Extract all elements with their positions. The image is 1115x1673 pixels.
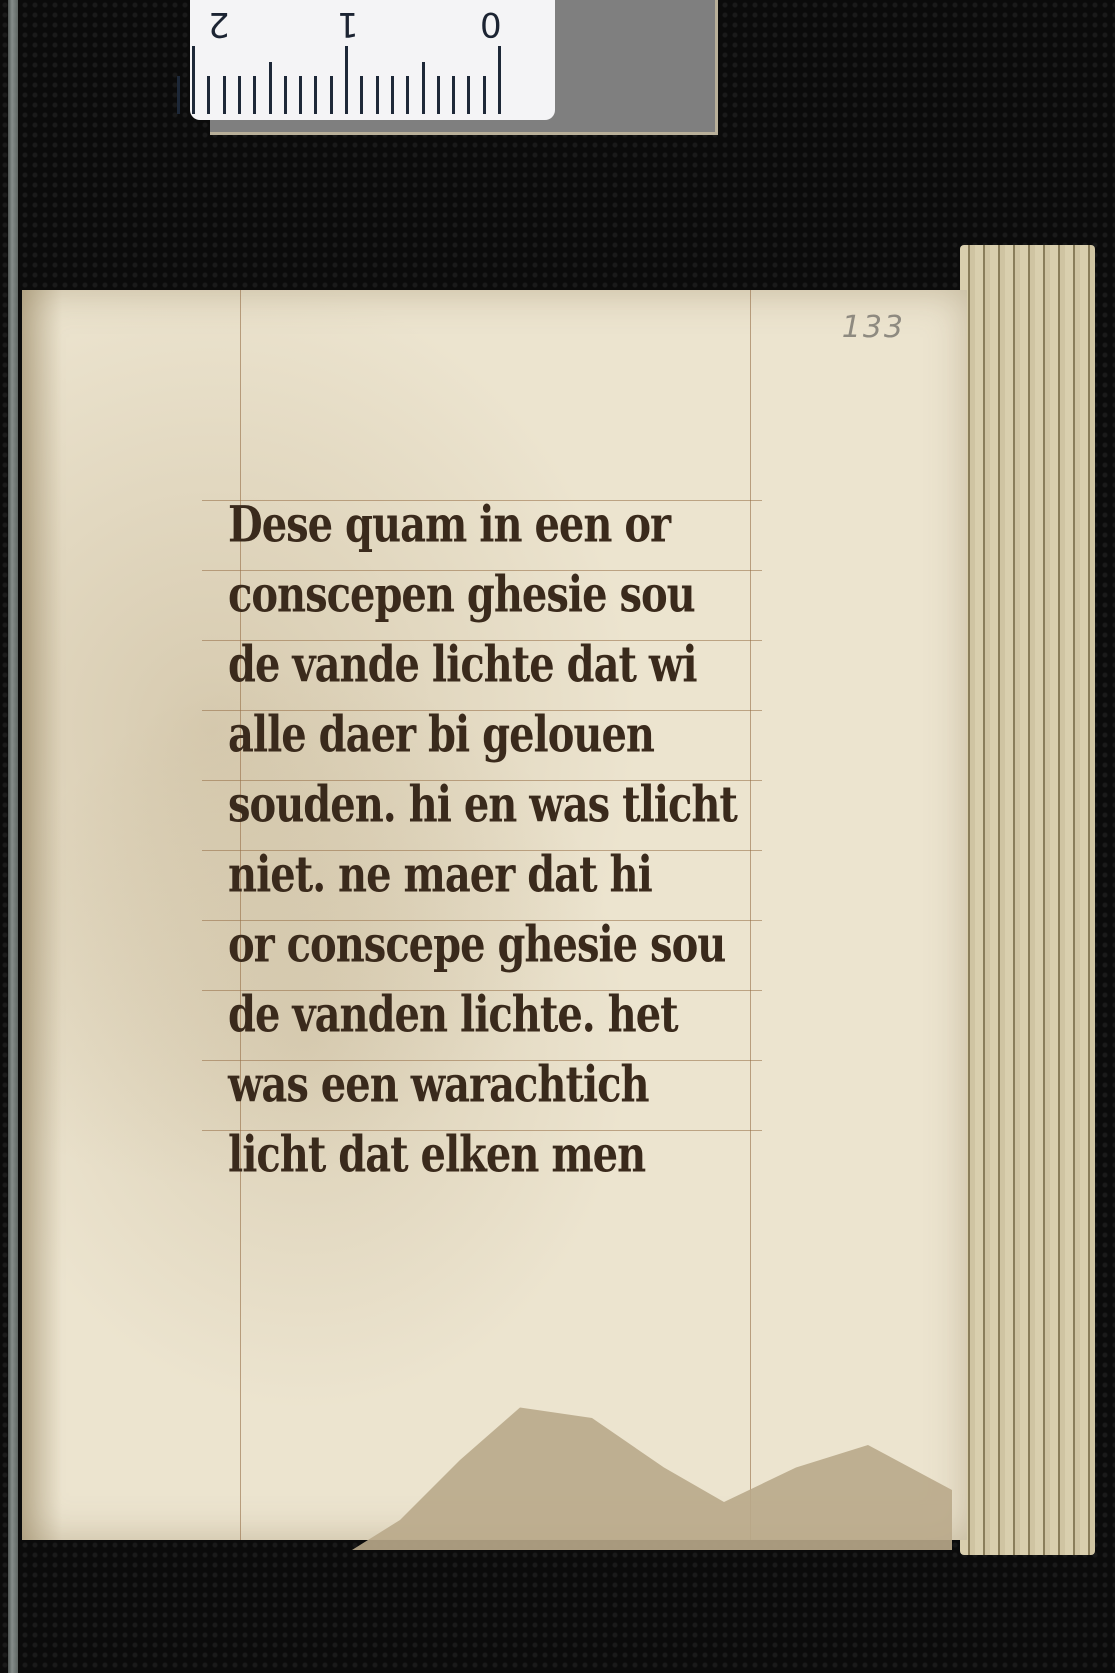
ruler-tick — [467, 76, 470, 114]
ruler-label-2: 2 — [208, 4, 230, 44]
ruler-tick — [422, 62, 425, 114]
ruler-tick — [284, 76, 287, 114]
ruler-tick — [498, 46, 501, 114]
folio-number: 133 — [842, 310, 905, 345]
ruler-tick — [406, 76, 409, 114]
ruler-tick — [391, 76, 394, 114]
ruler-label-1: 1 — [337, 4, 359, 44]
binding-shadow — [22, 290, 62, 1540]
manuscript-page: 133 Dese quam in een or conscepen ghesie… — [22, 290, 967, 1540]
ruler-tick — [299, 76, 302, 114]
torn-bottom-edge — [352, 1400, 952, 1550]
ruler-tick — [314, 76, 317, 114]
scale-ruler: 2 1 0 — [190, 0, 555, 120]
ruler-tick — [330, 76, 333, 114]
ruler-tick — [345, 46, 348, 114]
ruler-tick — [253, 76, 256, 114]
ruler-tick — [269, 62, 272, 114]
text-line-10: licht dat elken men — [228, 1111, 768, 1199]
ruler-label-0: 0 — [480, 4, 502, 44]
manuscript-text-block: Dese quam in een or conscepen ghesie sou… — [228, 490, 768, 1190]
ruler-tick — [452, 76, 455, 114]
ruler-tick — [223, 76, 226, 114]
ruler-tick — [376, 76, 379, 114]
ruler-tick — [437, 76, 440, 114]
ruler-tick — [177, 76, 180, 114]
ruler-tick — [360, 76, 363, 114]
ruler-tick — [483, 76, 486, 114]
ruler-tick — [192, 46, 195, 114]
page-stack-edges — [960, 245, 1095, 1555]
ruler-tick — [207, 76, 210, 114]
glass-plate-edge — [8, 0, 18, 1673]
ruler-tick — [238, 76, 241, 114]
